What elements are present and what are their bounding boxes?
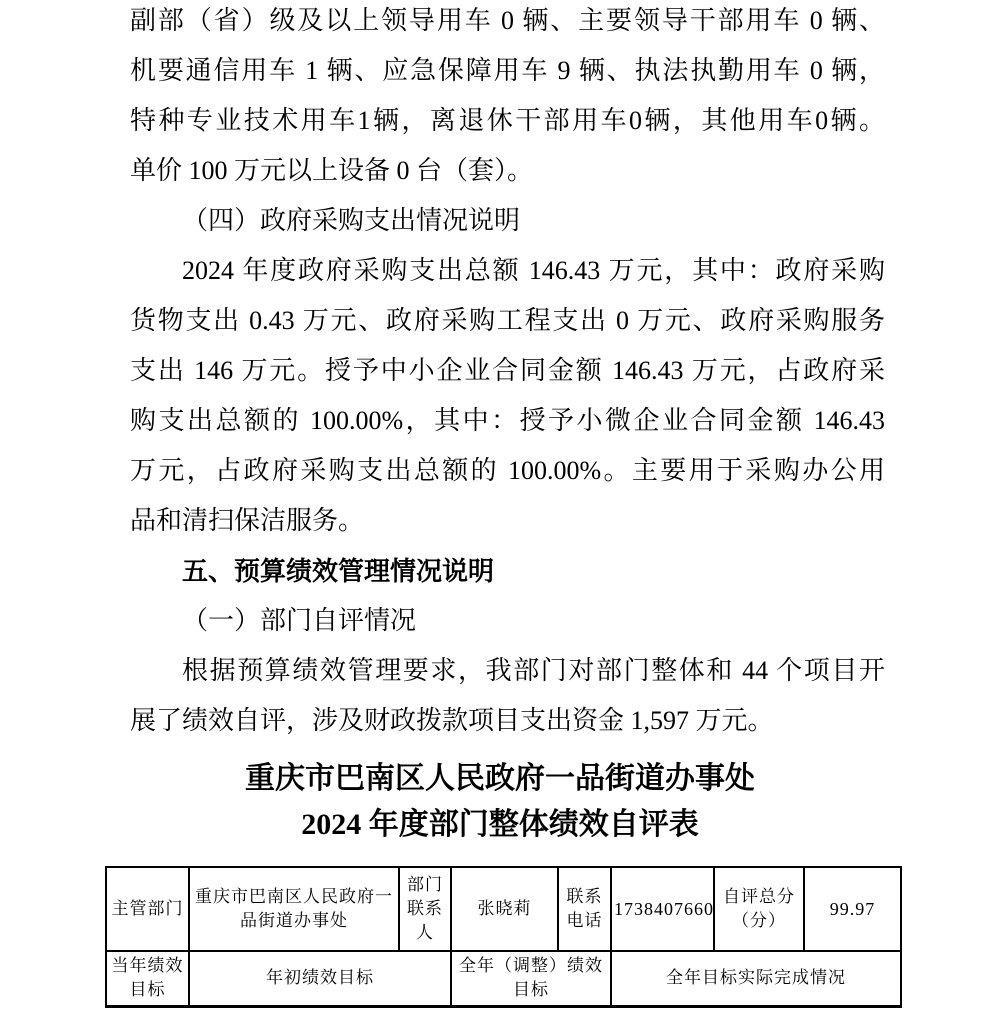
- phone-label: 联系电话: [558, 867, 611, 951]
- text-line: 机要通信用车 1 辆、应急保障用车 9 辆、执法执勤用车 0 辆，: [130, 46, 885, 96]
- text-line: （一）部门自评情况: [130, 596, 885, 646]
- supervisor-dept-value: 重庆市巴南区人民政府一品街道办事处: [189, 867, 399, 951]
- table-title-line1: 重庆市巴南区人民政府一品街道办事处: [0, 756, 1000, 802]
- text-line: 副部（省）级及以上领导用车 0 辆、主要领导干部用车 0 辆、: [130, 0, 885, 46]
- text-line: 万元，占政府采购支出总额的 100.00%。主要用于采购办公用: [130, 446, 885, 496]
- document-page: 副部（省）级及以上领导用车 0 辆、主要领导干部用车 0 辆、机要通信用车 1 …: [0, 0, 1000, 1013]
- text-line: 2024 年度政府采购支出总额 146.43 万元，其中：政府采购: [130, 246, 885, 296]
- initial-goal-label: 年初绩效目标: [189, 951, 451, 1006]
- self-score-value: 99.97: [804, 867, 901, 951]
- performance-self-evaluation-table: 主管部门 重庆市巴南区人民政府一品街道办事处 部门联系人 张晓莉 联系电话 17…: [105, 866, 902, 1008]
- text-line: 特种专业技术用车1辆，离退休干部用车0辆，其他用车0辆。: [130, 96, 885, 146]
- text-line: 根据预算绩效管理要求，我部门对部门整体和 44 个项目开: [130, 646, 885, 696]
- text-line: （四）政府采购支出情况说明: [130, 196, 885, 246]
- dept-contact-value: 张晓莉: [451, 867, 558, 951]
- body-text: 副部（省）级及以上领导用车 0 辆、主要领导干部用车 0 辆、机要通信用车 1 …: [130, 0, 885, 746]
- table-title-line2: 2024 年度部门整体绩效自评表: [0, 802, 1000, 848]
- dept-contact-label: 部门联系人: [399, 867, 451, 951]
- actual-completion-label: 全年目标实际完成情况: [611, 951, 901, 1006]
- text-line: 单价 100 万元以上设备 0 台（套）。: [130, 146, 885, 196]
- phone-value: 17384076608: [611, 867, 714, 951]
- current-year-goal-label: 当年绩效目标: [106, 951, 189, 1006]
- table-row: 当年绩效目标 年初绩效目标 全年（调整）绩效目标 全年目标实际完成情况: [106, 951, 901, 1006]
- text-line: 支出 146 万元。授予中小企业合同金额 146.43 万元，占政府采: [130, 346, 885, 396]
- text-line: 品和清扫保洁服务。: [130, 496, 885, 546]
- supervisor-dept-label: 主管部门: [106, 867, 189, 951]
- section-heading: 五、预算绩效管理情况说明: [130, 546, 885, 596]
- adjusted-goal-label: 全年（调整）绩效目标: [451, 951, 611, 1006]
- table-row: 主管部门 重庆市巴南区人民政府一品街道办事处 部门联系人 张晓莉 联系电话 17…: [106, 867, 901, 951]
- text-line: 展了绩效自评，涉及财政拨款项目支出资金 1,597 万元。: [130, 696, 885, 746]
- text-line: 货物支出 0.43 万元、政府采购工程支出 0 万元、政府采购服务: [130, 296, 885, 346]
- text-line: 购支出总额的 100.00%，其中：授予小微企业合同金额 146.43: [130, 396, 885, 446]
- self-score-label: 自评总分（分）: [714, 867, 804, 951]
